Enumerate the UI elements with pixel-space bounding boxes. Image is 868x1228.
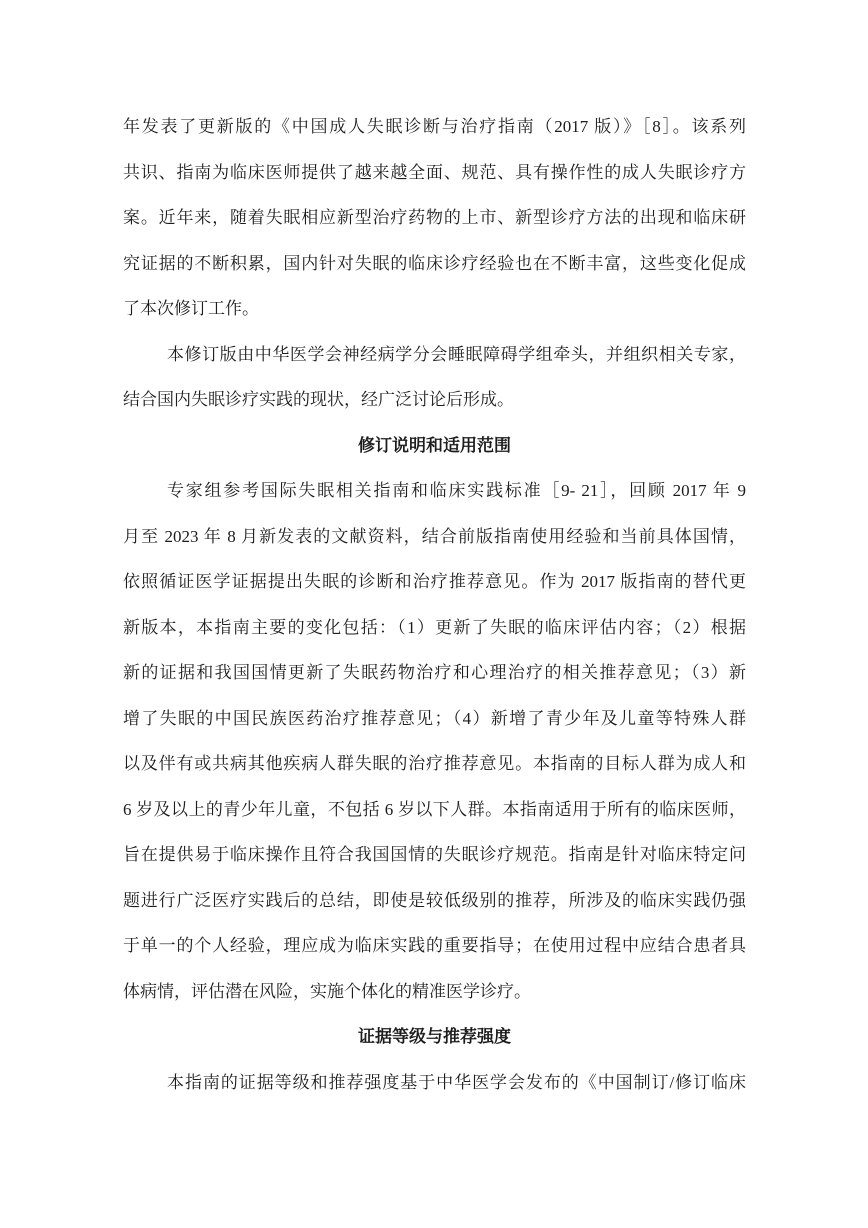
paragraph-line: 本指南的证据等级和推荐强度基于中华医学会发布的《中国制订/修订临床 [123,1060,746,1106]
document-page: 年发表了更新版的《中国成人失眠诊断与治疗指南（2017 版）》［8］。该系列 共… [0,0,868,1228]
paragraph-line: 共识、指南为临床医师提供了越来越全面、规范、具有操作性的成人失眠诊疗方 [123,150,746,196]
paragraph-line: 本修订版由中华医学会神经病学分会睡眠障碍学组牵头，并组织相关专家， [123,332,746,378]
paragraph-line: 专家组参考国际失眠相关指南和临床实践标准［9- 21］，回顾 2017 年 9 [123,468,746,514]
paragraph-line: 年发表了更新版的《中国成人失眠诊断与治疗指南（2017 版）》［8］。该系列 [123,104,746,150]
paragraph-line: 案。近年来，随着失眠相应新型治疗药物的上市、新型诊疗方法的出现和临床研 [123,195,746,241]
paragraph-line: 究证据的不断积累，国内针对失眠的临床诊疗经验也在不断丰富，这些变化促成 [123,241,746,287]
paragraph-line: 新版本，本指南主要的变化包括：（1）更新了失眠的临床评估内容；（2）根据 [123,605,746,651]
paragraph-line: 依照循证医学证据提出失眠的诊断和治疗推荐意见。作为 2017 版指南的替代更 [123,559,746,605]
paragraph-line: 体病情，评估潜在风险，实施个体化的精准医学诊疗。 [123,969,746,1015]
paragraph-line: 以及伴有或共病其他疾病人群失眠的治疗推荐意见。本指南的目标人群为成人和 [123,741,746,787]
paragraph-line: 月至 2023 年 8 月新发表的文献资料，结合前版指南使用经验和当前具体国情， [123,514,746,560]
section-heading-revision-scope: 修订说明和适用范围 [123,423,746,469]
document-text-block: 年发表了更新版的《中国成人失眠诊断与治疗指南（2017 版）》［8］。该系列 共… [123,104,746,1105]
paragraph-line: 了本次修订工作。 [123,286,746,332]
section-heading-evidence-strength: 证据等级与推荐强度 [123,1014,746,1060]
paragraph-line: 6 岁及以上的青少年儿童，不包括 6 岁以下人群。本指南适用于所有的临床医师， [123,787,746,833]
paragraph-line: 新的证据和我国国情更新了失眠药物治疗和心理治疗的相关推荐意见；（3）新 [123,650,746,696]
paragraph-line: 结合国内失眠诊疗实践的现状，经广泛讨论后形成。 [123,377,746,423]
paragraph-line: 旨在提供易于临床操作且符合我国国情的失眠诊疗规范。指南是针对临床特定问 [123,832,746,878]
paragraph-line: 增了失眠的中国民族医药治疗推荐意见；（4）新增了青少年及儿童等特殊人群 [123,696,746,742]
paragraph-line: 题进行广泛医疗实践后的总结，即使是较低级别的推荐，所涉及的临床实践仍强 [123,878,746,924]
paragraph-line: 于单一的个人经验，理应成为临床实践的重要指导；在使用过程中应结合患者具 [123,923,746,969]
